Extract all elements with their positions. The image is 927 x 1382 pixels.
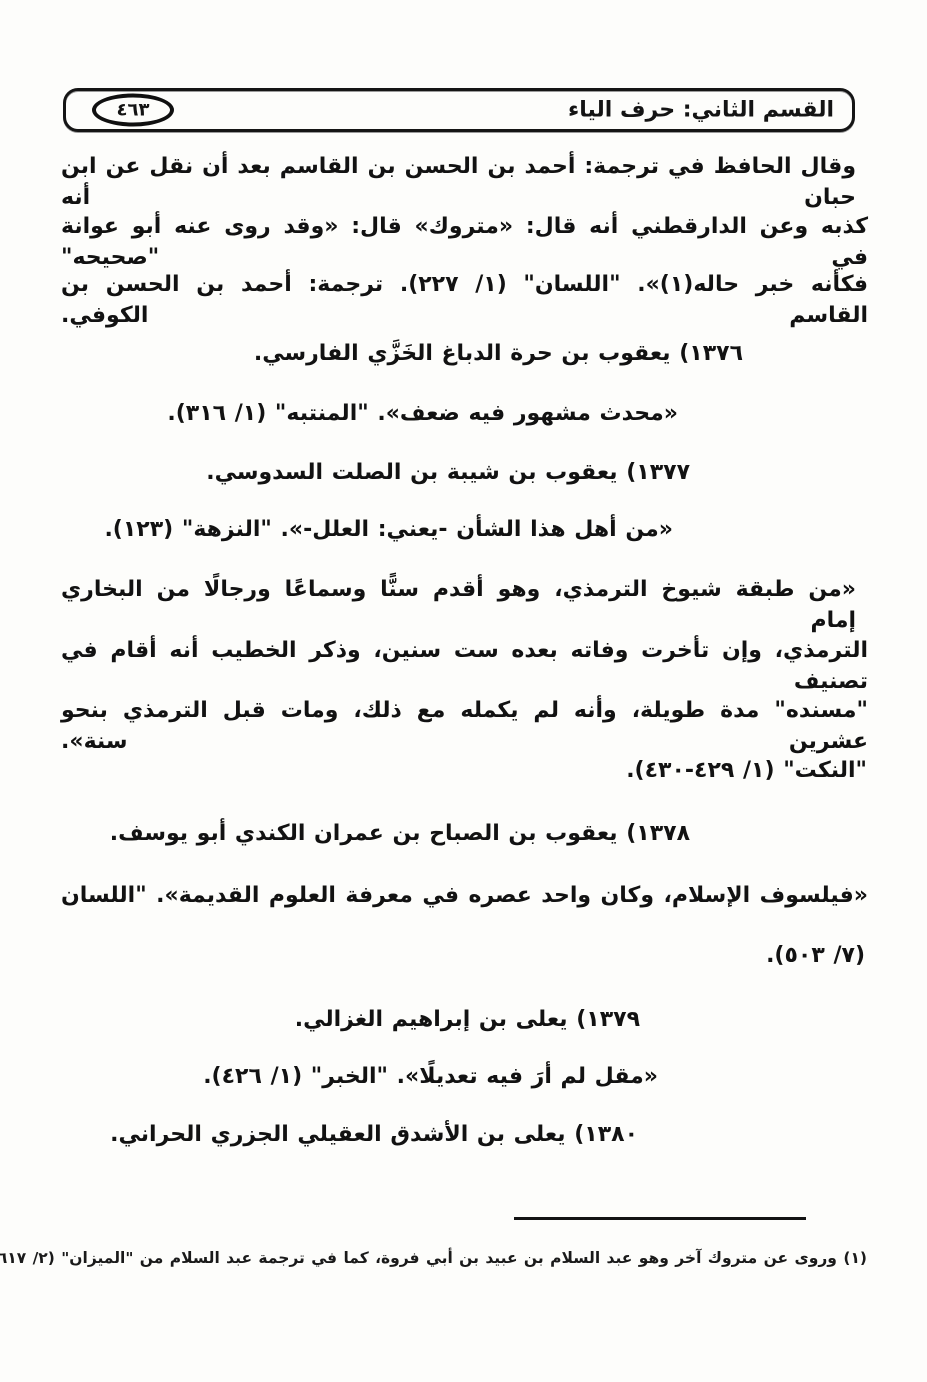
body-line: ١٣٧٧) يعقوب بن شيبة بن الصلت السدوسي. — [206, 458, 690, 489]
body-line: وقال الحافظ في ترجمة: أحمد بن الحسن بن ا… — [61, 152, 856, 214]
footnote-separator — [514, 1217, 806, 1220]
body-line: ١٣٧٦) يعقوب بن حرة الدباغ الخَزَّي الفار… — [254, 339, 743, 370]
footnote-text: (١) وروى عن متروك آخر وهو عبد السلام بن … — [0, 1249, 867, 1267]
body-line: "النكت" (١/ ٤٢٩-٤٣٠). — [626, 756, 867, 787]
body-line: فكأنه خبر حاله(١)». "اللسان" (١/ ٢٢٧). ت… — [61, 270, 868, 332]
body-line: «من أهل هذا الشأن -يعني: العلل-». "النزه… — [104, 515, 673, 546]
body-line: "مسنده" مدة طويلة، وأنه لم يكمله مع ذلك،… — [61, 696, 868, 758]
body-line: «فيلسوف الإسلام، وكان واحد عصره في معرفة… — [61, 881, 868, 912]
body-line: الترمذي، وإن تأخرت وفاته بعده ست سنين، و… — [61, 636, 868, 698]
body-line: ١٣٧٨) يعقوب بن الصباح بن عمران الكندي أب… — [110, 819, 690, 850]
section-title: القسم الثاني: حرف الياء — [568, 98, 834, 123]
body-line: (٧/ ٥٠٣). — [766, 941, 865, 972]
body-line: ١٣٨٠) يعلى بن الأشدق العقيلي الجزري الحر… — [110, 1120, 638, 1151]
scanned-book-page: القسم الثاني: حرف الياء ٤٦٣ وقال الحافظ … — [0, 0, 927, 1382]
body-line: ١٣٧٩) يعلى بن إبراهيم الغزالي. — [295, 1005, 640, 1036]
page-number: ٤٦٣ — [117, 100, 150, 121]
body-line: «من طبقة شيوخ الترمذي، وهو أقدم سنًّا وس… — [61, 575, 856, 637]
body-line: «مقل لم أرَ فيه تعديلًا». "الخبر" (١/ ٤٢… — [203, 1062, 658, 1093]
body-line: كذبه وعن الدارقطني أنه قال: «متروك» قال:… — [61, 212, 868, 274]
body-line: «محدث مشهور فيه ضعف». "المنتبه" (١/ ٣١٦)… — [167, 399, 678, 430]
page-header-bar: القسم الثاني: حرف الياء ٤٦٣ — [63, 88, 855, 132]
page-number-oval: ٤٦٣ — [92, 94, 174, 127]
